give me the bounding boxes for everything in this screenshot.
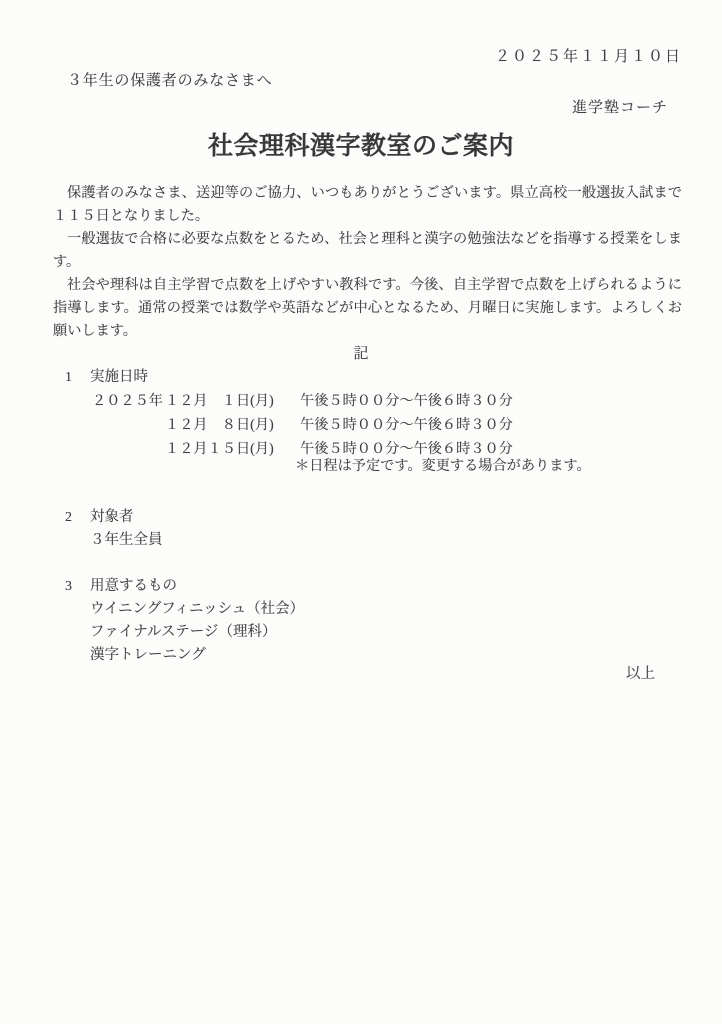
paragraph-purpose: 一般選抜で合格に必要な点数をとるため、社会と理科と漢字の勉強法などを指導する授業… (53, 228, 682, 274)
schedule-date: １２月 １日(月) (165, 389, 300, 413)
schedule-time: 午後５時００分～午後６時３０分 (300, 413, 722, 437)
section-heading-datetime: 1 実施日時 (65, 366, 722, 389)
sender-line: 進学塾コーチ (0, 97, 722, 120)
body-paragraphs: 保護者のみなさま、送迎等のご協力、いつもありがとうございます。県立高校一般選抜入… (53, 182, 682, 343)
recipient-line: ３年生の保護者のみなさまへ (67, 70, 722, 93)
material-item-social: ウイニングフィニッシュ（社会） (90, 598, 722, 621)
schedule-time: 午後５時００分～午後６時３０分 (300, 389, 722, 413)
schedule-year: ２０２５年 (92, 389, 165, 413)
section-heading-materials: 3 用意するもの (65, 575, 722, 598)
section-number: 1 (65, 366, 90, 389)
schedule-year-empty (92, 437, 165, 461)
schedule-year-empty (92, 413, 165, 437)
material-item-science: ファイナルステージ（理科） (90, 621, 722, 644)
schedule-date: １２月１５日(月) (165, 437, 300, 461)
section-number: 3 (65, 575, 90, 598)
section-label: 対象者 (90, 506, 134, 529)
schedule-table: ２０２５年 １２月 １日(月) 午後５時００分～午後６時３０分 １２月 ８日(月… (92, 389, 722, 478)
record-marker: 記 (0, 343, 722, 366)
document-title: 社会理科漢字教室のご案内 (0, 130, 722, 164)
schedule-row: ２０２５年 １２月 １日(月) 午後５時００分～午後６時３０分 (92, 389, 722, 413)
document-date: ２０２５年１１月１０日 (0, 0, 722, 69)
audience-value: ３年生全員 (90, 529, 722, 552)
document-page: ２０２５年１１月１０日 ３年生の保護者のみなさまへ 進学塾コーチ 社会理科漢字教… (0, 0, 722, 1024)
schedule-row: １２月 ８日(月) 午後５時００分～午後６時３０分 (92, 413, 722, 437)
section-number: 2 (65, 506, 90, 529)
paragraph-detail: 社会や理科は自主学習で点数を上げやすい教科です。今後、自主学習で点数を上げられる… (53, 274, 682, 343)
paragraph-greeting: 保護者のみなさま、送迎等のご協力、いつもありがとうございます。県立高校一般選抜入… (53, 182, 682, 228)
section-label: 実施日時 (90, 366, 148, 389)
section-label: 用意するもの (90, 575, 177, 598)
section-heading-audience: 2 対象者 (65, 506, 722, 529)
schedule-date: １２月 ８日(月) (165, 413, 300, 437)
